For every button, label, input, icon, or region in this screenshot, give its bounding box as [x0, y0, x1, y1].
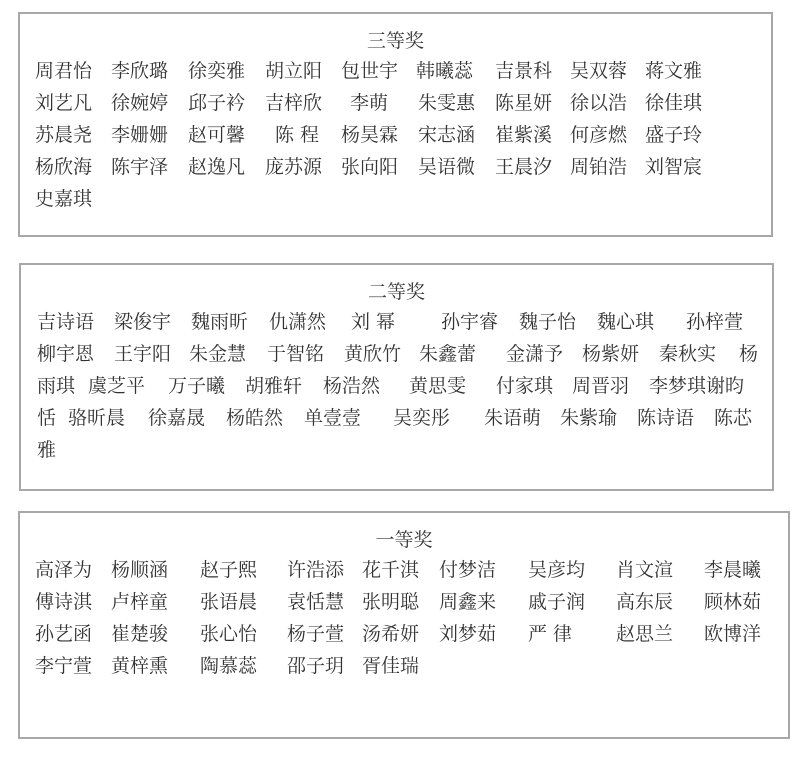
- name: 陈芯: [714, 407, 752, 429]
- name: 朱雯惠: [418, 92, 475, 114]
- award-section-first-prize: 一等奖 高泽为 杨顺涵 赵子熙 许浩添 花千淇 付梦洁 吴彦均 肖文渲 李晨曦 …: [18, 511, 790, 739]
- name: 柳宇恩: [37, 343, 94, 365]
- name: 高东辰: [616, 591, 673, 613]
- name: 吴奕彤: [393, 407, 450, 429]
- name: 朱鑫蕾: [419, 343, 476, 365]
- name: 金潇予: [506, 343, 563, 365]
- name: 李欣璐: [111, 60, 168, 82]
- name: 黄思雯: [409, 375, 466, 397]
- name: 朱语萌: [484, 407, 541, 429]
- name: 邵子玥: [287, 655, 344, 677]
- name: 孙艺函: [35, 623, 92, 645]
- name: 陈宇泽: [111, 156, 168, 178]
- name: 虞芝平: [88, 375, 145, 397]
- name: 雅: [37, 439, 56, 461]
- name: 肖文渲: [616, 559, 673, 581]
- name: 周晋羽: [572, 375, 629, 397]
- name: 史嘉琪: [35, 188, 92, 210]
- name: 韩曦蕊: [416, 60, 473, 82]
- name: 魏子怡: [519, 311, 576, 333]
- name: 杨欣海: [35, 156, 92, 178]
- name: 花千淇: [362, 559, 419, 581]
- name: 王宇阳: [114, 343, 171, 365]
- name: 孙宇睿: [441, 311, 498, 333]
- name: 骆昕晨: [68, 407, 125, 429]
- name: 苏晨尧: [35, 124, 92, 146]
- name: 魏心琪: [597, 311, 654, 333]
- name: 李萌: [350, 92, 388, 114]
- name: 崔楚骏: [111, 623, 168, 645]
- name: 刘智宸: [645, 156, 702, 178]
- name: 付家琪: [496, 375, 553, 397]
- name: 仇潇然: [269, 311, 326, 333]
- name: 胡立阳: [265, 60, 322, 82]
- name: 高泽为: [35, 559, 92, 581]
- name: 付梦洁: [439, 559, 496, 581]
- name: 孙梓萱: [686, 311, 743, 333]
- name: 徐以浩: [570, 92, 627, 114]
- name: 杨浩然: [323, 375, 380, 397]
- name: 杨紫妍: [582, 343, 639, 365]
- name: 赵逸凡: [188, 156, 245, 178]
- name: 王晨汐: [495, 156, 552, 178]
- name: 张语晨: [200, 591, 257, 613]
- name: 吉诗语: [37, 311, 94, 333]
- name: 顾林茹: [704, 591, 761, 613]
- name: 吉景科: [495, 60, 552, 82]
- name: 胡雅轩: [245, 375, 302, 397]
- name: 杨皓然: [226, 407, 283, 429]
- name: 李姗姗: [111, 124, 168, 146]
- name: 于智铭: [267, 343, 324, 365]
- name: 陈诗语: [637, 407, 694, 429]
- name: 何彦燃: [570, 124, 627, 146]
- name: 魏雨昕: [191, 311, 248, 333]
- name: 胥佳瑞: [362, 655, 419, 677]
- award-section-third-prize: 三等奖 周君怡 李欣璐 徐奕雅 胡立阳 包世宇 韩曦蕊 吉景科 吴双蓉 蒋文雅 …: [18, 12, 773, 237]
- name: 汤希妍: [362, 623, 419, 645]
- name: 蒋文雅: [645, 60, 702, 82]
- name: 陈 程: [275, 124, 319, 146]
- name: 邱子衿: [188, 92, 245, 114]
- name: 朱金慧: [189, 343, 246, 365]
- name: 周鑫来: [439, 591, 496, 613]
- section-title: 二等奖: [21, 277, 772, 304]
- name: 杨昊霖: [341, 124, 398, 146]
- name: 周君怡: [35, 60, 92, 82]
- name: 吴彦均: [528, 559, 585, 581]
- name: 单壹壹: [304, 407, 361, 429]
- name: 杨子萱: [287, 623, 344, 645]
- name: 陈星妍: [495, 92, 552, 114]
- award-section-second-prize: 二等奖 吉诗语 梁俊宇 魏雨昕 仇潇然 刘 幂 孙宇睿 魏子怡 魏心琪 孙梓萱 …: [19, 263, 774, 491]
- name: 恬: [37, 407, 56, 429]
- name: 万子曦: [168, 375, 225, 397]
- name: 庞苏源: [265, 156, 322, 178]
- name: 张向阳: [341, 156, 398, 178]
- name: 吴双蓉: [570, 60, 627, 82]
- name: 刘艺凡: [35, 92, 92, 114]
- name: 刘 幂: [351, 311, 395, 333]
- name: 吴语微: [418, 156, 475, 178]
- name: 严 律: [528, 623, 572, 645]
- name: 宋志涵: [418, 124, 475, 146]
- name: 李梦琪谢昀: [649, 375, 744, 397]
- name: 李晨曦: [704, 559, 761, 581]
- name: 徐奕雅: [188, 60, 245, 82]
- name: 欧博洋: [704, 623, 761, 645]
- name: 杨: [739, 343, 758, 365]
- name: 周铂浩: [570, 156, 627, 178]
- name: 赵可馨: [188, 124, 245, 146]
- name: 张心怡: [200, 623, 257, 645]
- name: 袁恬慧: [287, 591, 344, 613]
- name: 李宁萱: [35, 655, 92, 677]
- name: 崔紫溪: [495, 124, 552, 146]
- name: 梁俊宇: [114, 311, 171, 333]
- name: 黄欣竹: [344, 343, 401, 365]
- name: 徐嘉晟: [148, 407, 205, 429]
- name: 雨琪: [37, 375, 75, 397]
- name: 朱紫瑜: [560, 407, 617, 429]
- name: 陶慕蕊: [200, 655, 257, 677]
- name: 刘梦茹: [439, 623, 496, 645]
- name: 吉梓欣: [265, 92, 322, 114]
- name: 戚子润: [528, 591, 585, 613]
- name: 许浩添: [287, 559, 344, 581]
- name: 赵思兰: [616, 623, 673, 645]
- name: 黄梓熏: [111, 655, 168, 677]
- name: 徐佳琪: [645, 92, 702, 114]
- section-title: 一等奖: [20, 525, 788, 552]
- section-title: 三等奖: [20, 26, 771, 53]
- name: 盛子玲: [645, 124, 702, 146]
- name: 傅诗淇: [35, 591, 92, 613]
- name: 赵子熙: [200, 559, 257, 581]
- name: 徐婉婷: [111, 92, 168, 114]
- name: 包世宇: [341, 60, 398, 82]
- name: 秦秋实: [659, 343, 716, 365]
- name: 张明聪: [362, 591, 419, 613]
- name: 卢梓童: [111, 591, 168, 613]
- name: 杨顺涵: [111, 559, 168, 581]
